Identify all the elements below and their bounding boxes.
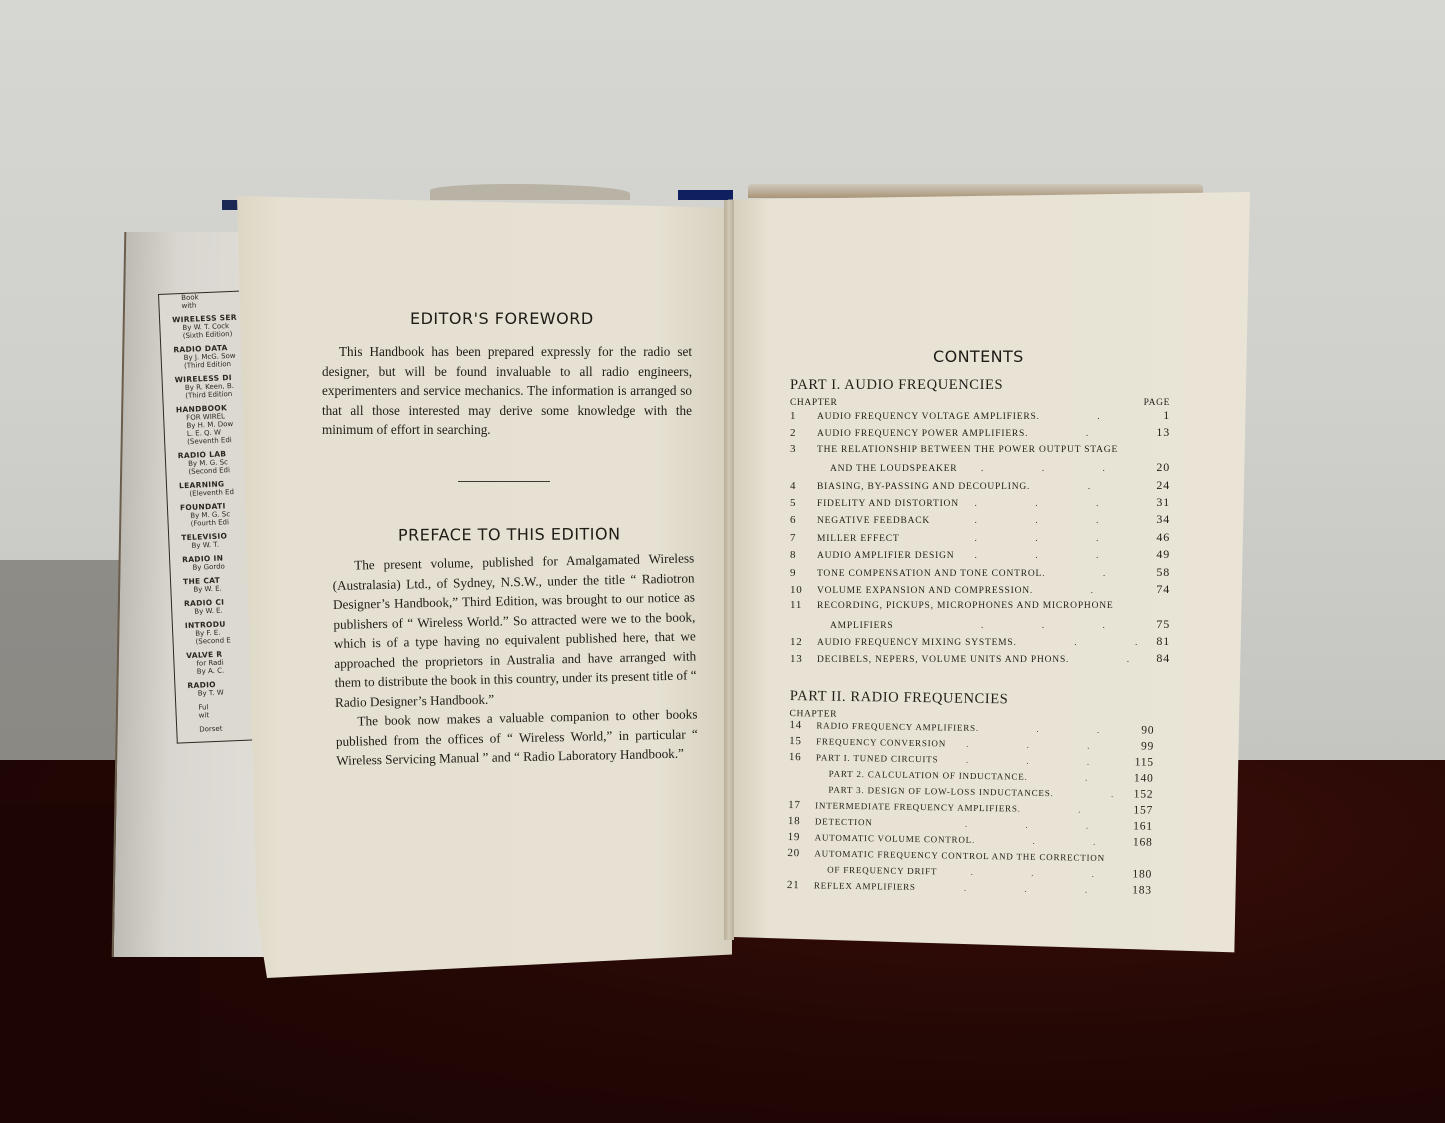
chapter-number: 20 xyxy=(787,847,814,859)
jacket-book-entry: WIRELESS SERBy W. T. Cock(Sixth Edition) xyxy=(172,314,241,341)
leader-dots: . . . xyxy=(1025,429,1140,439)
jacket-book-entry: RADIO INBy Gordo xyxy=(182,553,251,572)
book-gutter xyxy=(724,200,734,940)
chapter-title: FIDELITY AND DISTORTION xyxy=(817,499,975,509)
chapter-title: DETECTION xyxy=(815,816,965,828)
chapter-title: NEGATIVE FEEDBACK xyxy=(817,516,975,526)
chapter-number: 21 xyxy=(787,879,814,891)
toc-entry: 1AUDIO FREQUENCY VOLTAGE AMPLIFIERS. . .… xyxy=(790,408,1170,425)
chapter-title: THE RELATIONSHIP BETWEEN THE POWER OUTPU… xyxy=(817,445,1118,455)
toc-entry: 2AUDIO FREQUENCY POWER AMPLIFIERS. . .13 xyxy=(790,425,1170,442)
page-number: 140 xyxy=(1124,772,1154,784)
chapter-number: 4 xyxy=(790,480,817,492)
jacket-book-line: (Sixth Edition) xyxy=(173,330,241,341)
chapter-number: 5 xyxy=(790,497,817,509)
toc-entry: 3THE RELATIONSHIP BETWEEN THE POWER OUTP… xyxy=(790,443,1170,460)
toc-entry: AMPLIFIERS. . . . . . .75 xyxy=(790,617,1170,634)
jacket-book-line: By A. C. xyxy=(187,665,255,676)
leader-dots: . . . . . . . xyxy=(981,621,1140,631)
jacket-book-entry: Fulwit xyxy=(188,701,257,720)
jacket-book-entry: FOUNDATIBy M. G. Sc(Fourth Edi xyxy=(180,501,249,528)
blue-cloth-cover-spine xyxy=(678,190,733,200)
toc-entry: 6NEGATIVE FEEDBACK. . . . . .34 xyxy=(790,512,1170,529)
jacket-book-line: (Second E xyxy=(185,635,253,646)
chapter-title: AUTOMATIC VOLUME CONTROL xyxy=(815,832,973,844)
leader-dots: . . . . . . xyxy=(966,739,1124,751)
chapter-number: 19 xyxy=(788,831,815,843)
page-number: 13 xyxy=(1140,425,1170,440)
chapter-title: AMPLIFIERS xyxy=(817,621,981,631)
leader-dots: . . xyxy=(1050,788,1123,799)
chapter-title: PART I. TUNED CIRCUITS xyxy=(816,752,966,764)
jacket-book-line: (Eleventh Ed xyxy=(179,487,247,498)
chapter-number: 18 xyxy=(788,815,815,827)
page-number: 75 xyxy=(1140,617,1170,632)
chapter-column-label: CHAPTER xyxy=(790,398,837,408)
page-number: 1 xyxy=(1140,408,1170,423)
leader-dots: . . . xyxy=(1042,569,1140,579)
page-number: 34 xyxy=(1140,512,1170,527)
chapter-number: 13 xyxy=(790,653,817,665)
chapter-number: 1 xyxy=(790,410,817,422)
leader-dots: . . . . . . xyxy=(966,755,1124,767)
chapter-title: PART 2. CALCULATION OF INDUCTANCE xyxy=(816,768,1025,781)
leader-dots: . . . xyxy=(1027,482,1140,492)
chapter-number: 17 xyxy=(788,799,815,811)
jacket-book-line: (Third Edition xyxy=(174,360,242,371)
chapter-title: REFLEX AMPLIFIERS xyxy=(814,880,964,892)
chapter-number: 11 xyxy=(790,599,817,611)
page-number: 81 xyxy=(1140,634,1170,649)
chapter-number: 16 xyxy=(789,751,816,763)
page-number: 161 xyxy=(1123,820,1153,832)
jacket-book-entry: THE CATBy W. E. xyxy=(183,575,252,594)
toc-entry: 7MILLER EFFECT. . . . . . .46 xyxy=(790,530,1170,547)
jacket-book-entry: TELEVISIOBy W. T. xyxy=(181,531,250,550)
chapter-number: 7 xyxy=(790,532,817,544)
chapter-number: 2 xyxy=(790,427,817,439)
jacket-book-line: By W. T. xyxy=(181,539,249,550)
chapter-title: AUTOMATIC FREQUENCY CONTROL AND THE CORR… xyxy=(814,848,1105,863)
preface-paragraph-1: The present volume, published for Amalga… xyxy=(332,548,697,712)
page-column-label: PAGE xyxy=(1144,398,1170,408)
chapter-number: 9 xyxy=(790,567,817,579)
page-number: 46 xyxy=(1140,530,1170,545)
jacket-book-entry: RADIO LABBy M. G. Sc(Second Edi xyxy=(178,449,247,476)
chapter-title: AND THE LOUDSPEAKER xyxy=(817,464,981,474)
toc-entry: 10VOLUME EXPANSION AND COMPRESSION. . .7… xyxy=(790,582,1170,599)
leader-dots: . . . . . xyxy=(975,499,1141,509)
toc-part-2: PART II. RADIO FREQUENCIES CHAPTER 14RAD… xyxy=(787,688,1155,901)
jacket-book-entry: LEARNING(Eleventh Ed xyxy=(179,479,248,498)
chapter-title: BIASING, BY-PASSING AND DECOUPLING xyxy=(817,482,1027,492)
leader-dots: . . . . . xyxy=(976,723,1125,735)
jacket-book-line: wit xyxy=(189,709,257,720)
leader-dots: . . . xyxy=(1018,804,1124,816)
leader-dots: . . . . . . . . xyxy=(965,819,1123,831)
jacket-book-entry: Bookwith xyxy=(171,292,240,311)
chapter-title: FREQUENCY CONVERSION xyxy=(816,736,966,748)
chapter-number: 10 xyxy=(790,584,817,596)
page-number: 152 xyxy=(1123,788,1153,800)
chapter-number: 3 xyxy=(790,443,817,455)
chapter-title: AUDIO FREQUENCY POWER AMPLIFIERS xyxy=(817,429,1025,439)
jacket-book-line: with xyxy=(171,300,239,311)
toc-entry: 8AUDIO AMPLIFIER DESIGN. . . . .49 xyxy=(790,547,1170,564)
jacket-book-line: (Third Edition xyxy=(175,390,243,401)
leader-dots: . . . . . xyxy=(981,464,1140,474)
jacket-book-line: (Seventh Edi xyxy=(177,435,245,446)
leader-dots: . . . . . xyxy=(972,835,1123,847)
page-number: 157 xyxy=(1123,804,1153,816)
column-headers: CHAPTER PAGE xyxy=(790,398,1170,408)
jacket-book-line: (Second Edi xyxy=(178,465,246,476)
section-divider xyxy=(458,481,550,482)
chapter-title: PART 3. DESIGN OF LOW-LOSS INDUCTANCES xyxy=(815,784,1050,798)
chapter-number: 6 xyxy=(790,514,817,526)
toc-entry: 9TONE COMPENSATION AND TONE CONTROL. . .… xyxy=(790,565,1170,582)
leader-dots: . . . . . . xyxy=(975,516,1141,526)
leader-dots: . . . . . xyxy=(975,551,1141,561)
page-number: 90 xyxy=(1124,724,1154,736)
page-number: 183 xyxy=(1122,884,1152,896)
chapter-title: RADIO FREQUENCY AMPLIFIERS xyxy=(816,720,976,733)
leader-dots: . . . xyxy=(1024,772,1123,784)
chapter-number: 15 xyxy=(789,735,816,747)
leader-dots: . . . . xyxy=(1014,638,1140,648)
jacket-book-line: Dorset xyxy=(189,723,257,734)
leader-dots: . . . . . . . xyxy=(975,534,1141,544)
leader-dots: . . . xyxy=(1030,586,1140,596)
chapter-title: INTERMEDIATE FREQUENCY AMPLIFIERS xyxy=(815,800,1018,813)
page-number: 84 xyxy=(1140,651,1170,666)
torn-jacket-edge-left xyxy=(430,184,630,200)
toc-entry: 11RECORDING, PICKUPS, MICROPHONES AND MI… xyxy=(790,599,1170,616)
toc-entry: 12AUDIO FREQUENCY MIXING SYSTEMS. . . .8… xyxy=(790,634,1170,651)
contents-heading: CONTENTS xyxy=(933,347,1024,366)
chapter-title: AUDIO AMPLIFIER DESIGN xyxy=(817,551,975,561)
jacket-book-entry: RADIO CIBy W. E. xyxy=(184,597,253,616)
foreword-heading: EDITOR'S FOREWORD xyxy=(410,309,594,328)
toc-entry: 5FIDELITY AND DISTORTION. . . . .31 xyxy=(790,495,1170,512)
page-number: 20 xyxy=(1140,460,1170,475)
page-number: 180 xyxy=(1122,868,1152,880)
jacket-book-line: By T. W xyxy=(188,687,256,698)
leader-dots: . . . xyxy=(1037,412,1140,422)
chapter-number: 12 xyxy=(790,636,817,648)
page-number: 49 xyxy=(1140,547,1170,562)
toc-entry: 13DECIBELS, NEPERS, VOLUME UNITS AND PHO… xyxy=(790,651,1170,668)
leader-dots: . . . . . . . xyxy=(964,883,1122,895)
jacket-book-entry: RADIOBy T. W xyxy=(187,679,256,698)
chapter-title: OF FREQUENCY DRIFT xyxy=(814,864,971,876)
jacket-book-entry: Dorset xyxy=(189,723,257,734)
toc-entry: 4BIASING, BY-PASSING AND DECOUPLING. . .… xyxy=(790,478,1170,495)
preface-paragraph-2: The book now makes a valuable companion … xyxy=(335,704,698,770)
chapter-title: AUDIO FREQUENCY MIXING SYSTEMS xyxy=(817,638,1014,648)
preface-heading: PREFACE TO THIS EDITION xyxy=(398,524,621,544)
page-number: 31 xyxy=(1140,495,1170,510)
page-number: 99 xyxy=(1124,740,1154,752)
jacket-book-line: (Fourth Edi xyxy=(180,517,248,528)
chapter-number: 8 xyxy=(790,549,817,561)
jacket-book-line: By Gordo xyxy=(182,561,250,572)
page-number: 58 xyxy=(1140,565,1170,580)
chapter-title: DECIBELS, NEPERS, VOLUME UNITS AND PHONS xyxy=(817,655,1066,665)
jacket-book-entry: RADIO DATABy J. McG. Sow(Third Edition xyxy=(173,344,242,371)
jacket-book-entry: HANDBOOKFOR WIRELBy H. M. DowL. E. Q. W(… xyxy=(176,404,246,447)
leader-dots: . . . . . . xyxy=(971,867,1123,879)
part-heading: PART I. AUDIO FREQUENCIES xyxy=(790,377,1170,394)
chapter-title: VOLUME EXPANSION AND COMPRESSION xyxy=(817,586,1030,596)
chapter-title: TONE COMPENSATION AND TONE CONTROL xyxy=(817,569,1042,579)
chapter-number: 14 xyxy=(789,719,816,731)
page-number: 74 xyxy=(1140,582,1170,597)
jacket-book-line: By W. E. xyxy=(183,583,251,594)
page-number: 24 xyxy=(1140,478,1170,493)
chapter-title: AUDIO FREQUENCY VOLTAGE AMPLIFIERS xyxy=(817,412,1037,422)
foreword-body: This Handbook has been prepared expressl… xyxy=(322,342,692,440)
page-number: 168 xyxy=(1123,836,1153,848)
chapter-title: RECORDING, PICKUPS, MICROPHONES AND MICR… xyxy=(817,601,1114,611)
toc-entry: AND THE LOUDSPEAKER. . . . .20 xyxy=(790,460,1170,477)
leader-dots: . . xyxy=(1066,655,1140,665)
jacket-book-entry: INTRODUBy F. E.(Second E xyxy=(185,619,254,646)
jacket-book-entry: VALVE Rfor RadiBy A. C. xyxy=(186,649,255,676)
preface-body: The present volume, published for Amalga… xyxy=(332,548,698,770)
toc-part-1: PART I. AUDIO FREQUENCIES CHAPTER PAGE 1… xyxy=(790,377,1170,669)
chapter-title: MILLER EFFECT xyxy=(817,534,975,544)
jacket-book-line: By W. E. xyxy=(184,605,252,616)
page-number: 115 xyxy=(1124,756,1154,768)
jacket-book-entry: WIRELESS DIBy R. Keen, B.(Third Edition xyxy=(174,374,243,401)
